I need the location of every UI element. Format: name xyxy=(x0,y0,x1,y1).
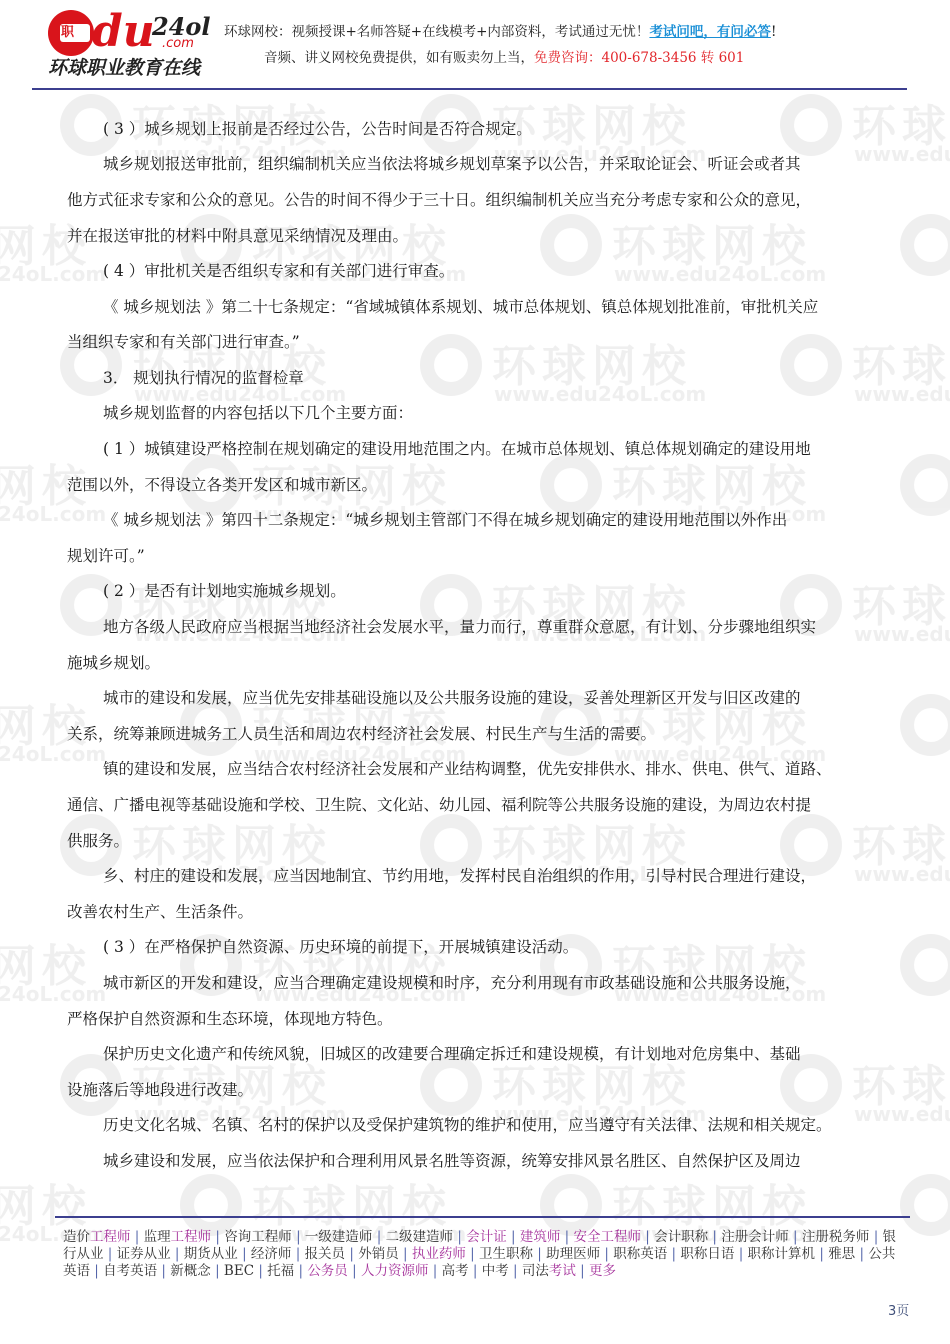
text-line: 城市新区的开发和建设，应当合理确定建设规模和时序，充分利用现有市政基础设施和公共… xyxy=(103,973,801,993)
link-separator: | xyxy=(509,1263,522,1279)
link-separator: | xyxy=(372,1229,385,1245)
footer-link-label: 考试 xyxy=(549,1263,576,1279)
text-line: 《 城乡规划法 》第四十二条规定：“城乡规划主管部门不得在城乡规划确定的建设用地… xyxy=(103,510,787,530)
link-separator: | xyxy=(131,1229,144,1245)
link-separator: | xyxy=(453,1229,466,1245)
footer-link-label: 外销员 xyxy=(358,1246,399,1262)
link-separator: | xyxy=(789,1229,802,1245)
watermark: 环球网校www.edu24oL.com xyxy=(900,930,950,1010)
text-line: ( 4 ）审批机关是否组织专家和有关部门进行审查。 xyxy=(103,261,454,281)
hotline-text: 免费咨询：400-678-3456 转 601 xyxy=(534,50,744,66)
header-divider xyxy=(32,88,907,90)
link-separator: | xyxy=(292,1229,305,1245)
watermark: 环球网校www.edu24oL.com xyxy=(540,210,840,290)
watermark-title: 环球网校 xyxy=(852,570,950,634)
text-line: 城乡规划报送审批前，组织编制机关应当依法将城乡规划草案予以公告，并采取论证会、听… xyxy=(103,154,801,174)
footer-link[interactable]: 监理工程师 xyxy=(144,1229,212,1245)
watermark: 环球网校www.edu24oL.com xyxy=(420,570,720,650)
text-line: 城乡规划监督的内容包括以下几个主要方面： xyxy=(103,403,413,423)
footer-link[interactable]: 助理医师 xyxy=(546,1246,600,1262)
footer-link-label: 会计证 xyxy=(466,1229,507,1245)
link-separator: | xyxy=(466,1246,479,1262)
text-line: ( 2 ）是否有计划地实施城乡规划。 xyxy=(103,581,346,601)
watermark-title: 环球网校 xyxy=(852,90,950,154)
link-separator: | xyxy=(157,1263,170,1279)
link-separator: | xyxy=(254,1263,267,1279)
watermark-title: 环球网校 xyxy=(852,810,950,874)
footer-link-label: 建筑师 xyxy=(520,1229,561,1245)
footer-link[interactable]: 期货从业 xyxy=(184,1246,238,1262)
footer-link-label: 新概念 xyxy=(170,1263,211,1279)
watermark-title: 环球网校 xyxy=(612,450,812,514)
footer-link-label: 工程师 xyxy=(90,1229,131,1245)
text-line: 范围以外，不得设立各类开发区和城市新区。 xyxy=(67,475,377,495)
watermark-logo-icon xyxy=(780,334,842,396)
footer-link-label: 二级建造师 xyxy=(386,1229,454,1245)
footer-link[interactable]: 执业药师 xyxy=(412,1246,466,1262)
text-line: ( 1 ）城镇建设严格控制在规划确定的建设用地范围之内。在城市总体规划、镇总体规… xyxy=(103,439,811,459)
text-line: 城乡建设和发展，应当依法保护和合理利用风景名胜等资源，统筹安排风景名胜区、自然保… xyxy=(103,1151,801,1171)
watermark-title: 环球网校 xyxy=(0,690,92,754)
text-line: 供服务。 xyxy=(67,831,129,851)
footer-link[interactable]: 职称日语 xyxy=(680,1246,734,1262)
footer-link-label: 雅思 xyxy=(828,1246,855,1262)
link-separator: | xyxy=(869,1229,882,1245)
page-number: 3页 xyxy=(888,1300,909,1319)
footer-link-label: BEC xyxy=(224,1263,254,1279)
footer-link[interactable]: 会计职称 xyxy=(654,1229,708,1245)
watermark-title: 环球网校 xyxy=(492,810,692,874)
link-separator: | xyxy=(469,1263,482,1279)
footer-link[interactable]: 二级建造师 xyxy=(386,1229,454,1245)
footer-link[interactable]: 公务员 xyxy=(307,1263,348,1279)
watermark: 环球网校www.edu24oL.com xyxy=(540,930,840,1010)
watermark-title: 环球网校 xyxy=(0,1170,92,1234)
link-separator: | xyxy=(600,1246,613,1262)
link-separator: | xyxy=(560,1229,573,1245)
text-line: 施城乡规划。 xyxy=(67,653,160,673)
watermark-url: www.edu24oL.com xyxy=(854,862,950,886)
footer-link[interactable]: 新概念 xyxy=(170,1263,211,1279)
footer-link-label: 监理 xyxy=(144,1229,171,1245)
link-separator: | xyxy=(345,1246,358,1262)
watermark: 环球网校www.edu24oL.com xyxy=(780,90,950,170)
footer-link-label: 司法 xyxy=(522,1263,549,1279)
watermark-url: www.edu24oL.com xyxy=(854,622,950,646)
footer-link-label: 执业药师 xyxy=(412,1246,466,1262)
link-separator: | xyxy=(533,1246,546,1262)
logo-du-text: du xyxy=(92,4,155,60)
text-line: 乡、村庄的建设和发展，应当因地制宜、节约用地，发挥村民自治组织的作用，引导村民合… xyxy=(103,866,816,886)
footer-link-label: 造价 xyxy=(63,1229,90,1245)
watermark-title: 环球网校 xyxy=(0,930,92,994)
logo-com-text: .com xyxy=(162,36,194,52)
footer-link-label: 中考 xyxy=(482,1263,509,1279)
footer-link[interactable]: 报关员 xyxy=(305,1246,346,1262)
footer-link[interactable]: 更多 xyxy=(589,1263,616,1279)
watermark-url: www.edu24oL.com xyxy=(0,742,106,766)
watermark-logo-icon xyxy=(900,934,950,996)
text-line: 镇的建设和发展，应当结合农村经济社会发展和产业结构调整，优先安排供水、排水、供电… xyxy=(103,759,832,779)
footer-link-label: 卫生职称 xyxy=(479,1246,533,1262)
footer-link[interactable]: 雅思 xyxy=(828,1246,855,1262)
link-separator: | xyxy=(348,1263,361,1279)
watermark-title: 环球网校 xyxy=(852,330,950,394)
footer-link-label: 报关员 xyxy=(305,1246,346,1262)
header-slogan-text: 环球网校：视频授课+名师答疑+在线模考+内部资料，考试通过无忧！ xyxy=(224,24,649,40)
watermark-logo-icon xyxy=(540,1174,602,1236)
edu24ol-logo[interactable]: 职 du 24ol .com 环球职业教育在线 xyxy=(48,10,208,80)
text-line: 历史文化名城、名镇、名村的保护以及受保护建筑物的维护和使用，应当遵守有关法律、法… xyxy=(103,1115,832,1135)
text-line: 3． 规划执行情况的监督检章 xyxy=(103,368,304,388)
link-separator: | xyxy=(428,1263,441,1279)
footer-link-label: 职称计算机 xyxy=(748,1246,816,1262)
watermark-url: www.edu24oL.com xyxy=(854,142,950,166)
footer-link-label: 托福 xyxy=(267,1263,294,1279)
text-line: 规划许可。” xyxy=(67,546,145,566)
text-line: 城市的建设和发展，应当优先安排基础设施以及公共服务设施的建设，妥善处理新区开发与… xyxy=(103,688,801,708)
footer-link-label: 助理医师 xyxy=(546,1246,600,1262)
footer-link-label: 公务员 xyxy=(307,1263,348,1279)
text-line: 关系，统筹兼顾进城务工人员生活和周边农村经济社会发展、村民生产与生活的需要。 xyxy=(67,724,656,744)
watermark: 环球网校www.edu24oL.com xyxy=(780,570,950,650)
footer-link[interactable]: 安全工程师 xyxy=(573,1229,641,1245)
watermark-title: 环球网校 xyxy=(492,330,692,394)
watermark: 环球网校www.edu24oL.com xyxy=(780,330,950,410)
text-line: 他方式征求专家和公众的意见。公告的时间不得少于三十日。组织编制机关应当充分考虑专… xyxy=(67,190,811,210)
footer-link[interactable]: 咨询工程师 xyxy=(224,1229,292,1245)
footer-link-label: 职称日语 xyxy=(680,1246,734,1262)
text-line: 《 城乡规划法 》第二十七条规定：“省域城镇体系规划、城市总体规划、镇总体规划批… xyxy=(103,297,818,317)
footer-link[interactable]: BEC xyxy=(224,1263,254,1279)
watermark-logo-icon xyxy=(540,454,602,516)
watermark-url: www.edu24oL.com xyxy=(494,382,706,406)
link-separator: | xyxy=(734,1246,747,1262)
watermark-logo-icon xyxy=(900,454,950,516)
footer-link[interactable]: 司法考试 xyxy=(522,1263,576,1279)
footer-link[interactable]: 高考 xyxy=(442,1263,469,1279)
watermark-url: www.edu24oL.com xyxy=(0,262,106,286)
footer-link[interactable]: 外销员 xyxy=(358,1246,399,1262)
footer-link-label: 经济师 xyxy=(251,1246,292,1262)
watermark-url: www.edu24oL.com xyxy=(614,262,826,286)
link-separator: | xyxy=(294,1263,307,1279)
text-line: ( 3 ）在严格保护自然资源、历史环境的前提下，开展城镇建设活动。 xyxy=(103,937,578,957)
footer-link-label: 咨询工程师 xyxy=(224,1229,292,1245)
watermark-title: 环球网校 xyxy=(612,210,812,274)
watermark-url: www.edu24oL.com xyxy=(854,1102,950,1126)
footer-exam-links: 造价工程师 | 监理工程师 | 咨询工程师 | 一级建造师 | 二级建造师 | … xyxy=(63,1229,903,1280)
footer-link[interactable]: 会计证 xyxy=(466,1229,507,1245)
watermark-url: www.edu24oL.com xyxy=(0,982,106,1006)
watermark-title: 环球网校 xyxy=(852,1050,950,1114)
watermark: 环球网校www.edu24oL.com xyxy=(420,330,720,410)
footer-link[interactable]: 造价工程师 xyxy=(63,1229,131,1245)
link-separator: | xyxy=(291,1246,304,1262)
watermark-title: 环球网校 xyxy=(132,810,332,874)
link-separator: | xyxy=(399,1246,412,1262)
footer-link[interactable]: 一级建造师 xyxy=(305,1229,373,1245)
footer-link-label: 一级建造师 xyxy=(305,1229,373,1245)
footer-link-label: 安全工程师 xyxy=(573,1229,641,1245)
watermark-url: www.edu24oL.com xyxy=(0,502,106,526)
text-line: 当组织专家和有关部门进行审查。” xyxy=(67,332,300,352)
watermark: 环球网校www.edu24oL.com xyxy=(0,930,120,1010)
text-line: 严格保护自然资源和生态环境，体现地方特色。 xyxy=(67,1009,393,1029)
link-separator: | xyxy=(104,1246,117,1262)
link-separator: | xyxy=(576,1263,589,1279)
link-separator: | xyxy=(211,1229,224,1245)
watermark-title: 环球网校 xyxy=(252,1170,452,1234)
header-notice-text: 音频、讲义网校免费提供，如有贩卖勿上当， xyxy=(264,50,534,66)
watermark: 环球网校www.edu24oL.com xyxy=(0,210,120,290)
watermark-logo-icon xyxy=(180,1174,242,1236)
footer-link[interactable]: 人力资源师 xyxy=(361,1263,429,1279)
watermark: 环球网校www.edu24oL.com xyxy=(900,1170,950,1250)
link-separator: | xyxy=(238,1246,251,1262)
logo-e-icon: 职 xyxy=(48,10,94,56)
watermark-logo-icon xyxy=(900,694,950,756)
watermark-logo-icon xyxy=(900,1174,950,1236)
watermark-logo-icon xyxy=(420,334,482,396)
link-separator: | xyxy=(641,1229,654,1245)
watermark-logo-icon xyxy=(540,214,602,276)
footer-link[interactable]: 中考 xyxy=(482,1263,509,1279)
link-separator: | xyxy=(171,1246,184,1262)
footer-link-label: 人力资源师 xyxy=(361,1263,429,1279)
footer-link-label: 会计职称 xyxy=(654,1229,708,1245)
footer-link[interactable]: 自考英语 xyxy=(103,1263,157,1279)
footer-link[interactable]: 建筑师 xyxy=(520,1229,561,1245)
header-slogan-line: 环球网校：视频授课+名师答疑+在线模考+内部资料，考试通过无忧！考试问吧，有问必… xyxy=(224,20,776,40)
watermark-title: 环球网校 xyxy=(612,1170,812,1234)
footer-link-label: 职称英语 xyxy=(613,1246,667,1262)
text-line: 并在报送审批的材料中附具意见采纳情况及理由。 xyxy=(67,226,408,246)
footer-link-label: 更多 xyxy=(589,1263,616,1279)
link-separator: | xyxy=(815,1246,828,1262)
footer-link-label: 期货从业 xyxy=(184,1246,238,1262)
watermark: 环球网校www.edu24oL.com xyxy=(900,210,950,290)
footer-link[interactable]: 注册税务师 xyxy=(802,1229,870,1245)
link-separator: | xyxy=(855,1246,868,1262)
text-line: ( 3 ）城乡规划上报前是否经过公告，公告时间是否符合规定。 xyxy=(103,119,532,139)
link-separator: | xyxy=(708,1229,721,1245)
footer-link-label: 注册会计师 xyxy=(721,1229,789,1245)
link-separator: | xyxy=(667,1246,680,1262)
footer-link-label: 证券从业 xyxy=(117,1246,171,1262)
footer-link[interactable]: 证券从业 xyxy=(117,1246,171,1262)
footer-link[interactable]: 经济师 xyxy=(251,1246,292,1262)
footer-link[interactable]: 职称计算机 xyxy=(748,1246,816,1262)
watermark-logo-icon xyxy=(780,94,842,156)
text-line: 地方各级人民政府应当根据当地经济社会发展水平，量力而行，尊重群众意愿，有计划、分… xyxy=(103,617,816,637)
link-separator: | xyxy=(211,1263,224,1279)
watermark: 环球网校www.edu24oL.com xyxy=(900,690,950,770)
footer-link-label: 工程师 xyxy=(171,1229,212,1245)
footer-link[interactable]: 卫生职称 xyxy=(479,1246,533,1262)
footer-link-label: 注册税务师 xyxy=(802,1229,870,1245)
footer-link[interactable]: 职称英语 xyxy=(613,1246,667,1262)
watermark-url: www.edu24oL.com xyxy=(854,382,950,406)
ask-forum-link[interactable]: 考试问吧，有问必答 xyxy=(649,24,771,40)
footer-divider xyxy=(55,1216,910,1218)
watermark-logo-icon xyxy=(900,214,950,276)
link-separator: | xyxy=(90,1263,103,1279)
text-line: 通信、广播电视等基础设施和学校、卫生院、文化站、幼儿园、福利院等公共服务设施的建… xyxy=(67,795,811,815)
footer-link[interactable]: 注册会计师 xyxy=(721,1229,789,1245)
text-line: 保护历史文化遗产和传统风貌，旧城区的改建要合理确定拆迁和建设规模，有计划地对危房… xyxy=(103,1044,801,1064)
footer-link-label: 自考英语 xyxy=(103,1263,157,1279)
footer-link[interactable]: 托福 xyxy=(267,1263,294,1279)
header-contact-line: 音频、讲义网校免费提供，如有贩卖勿上当，免费咨询：400-678-3456 转 … xyxy=(264,46,744,66)
logo-tagline: 环球职业教育在线 xyxy=(48,56,200,80)
link-separator: | xyxy=(507,1229,520,1245)
page-header: 职 du 24ol .com 环球职业教育在线 环球网校：视频授课+名师答疑+在… xyxy=(0,0,950,90)
watermark: 环球网校www.edu24oL.com xyxy=(900,450,950,530)
text-line: 改善农村生产、生活条件。 xyxy=(67,902,253,922)
footer-link-label: 高考 xyxy=(442,1263,469,1279)
text-line: 设施落后等地段进行改建。 xyxy=(67,1080,253,1100)
